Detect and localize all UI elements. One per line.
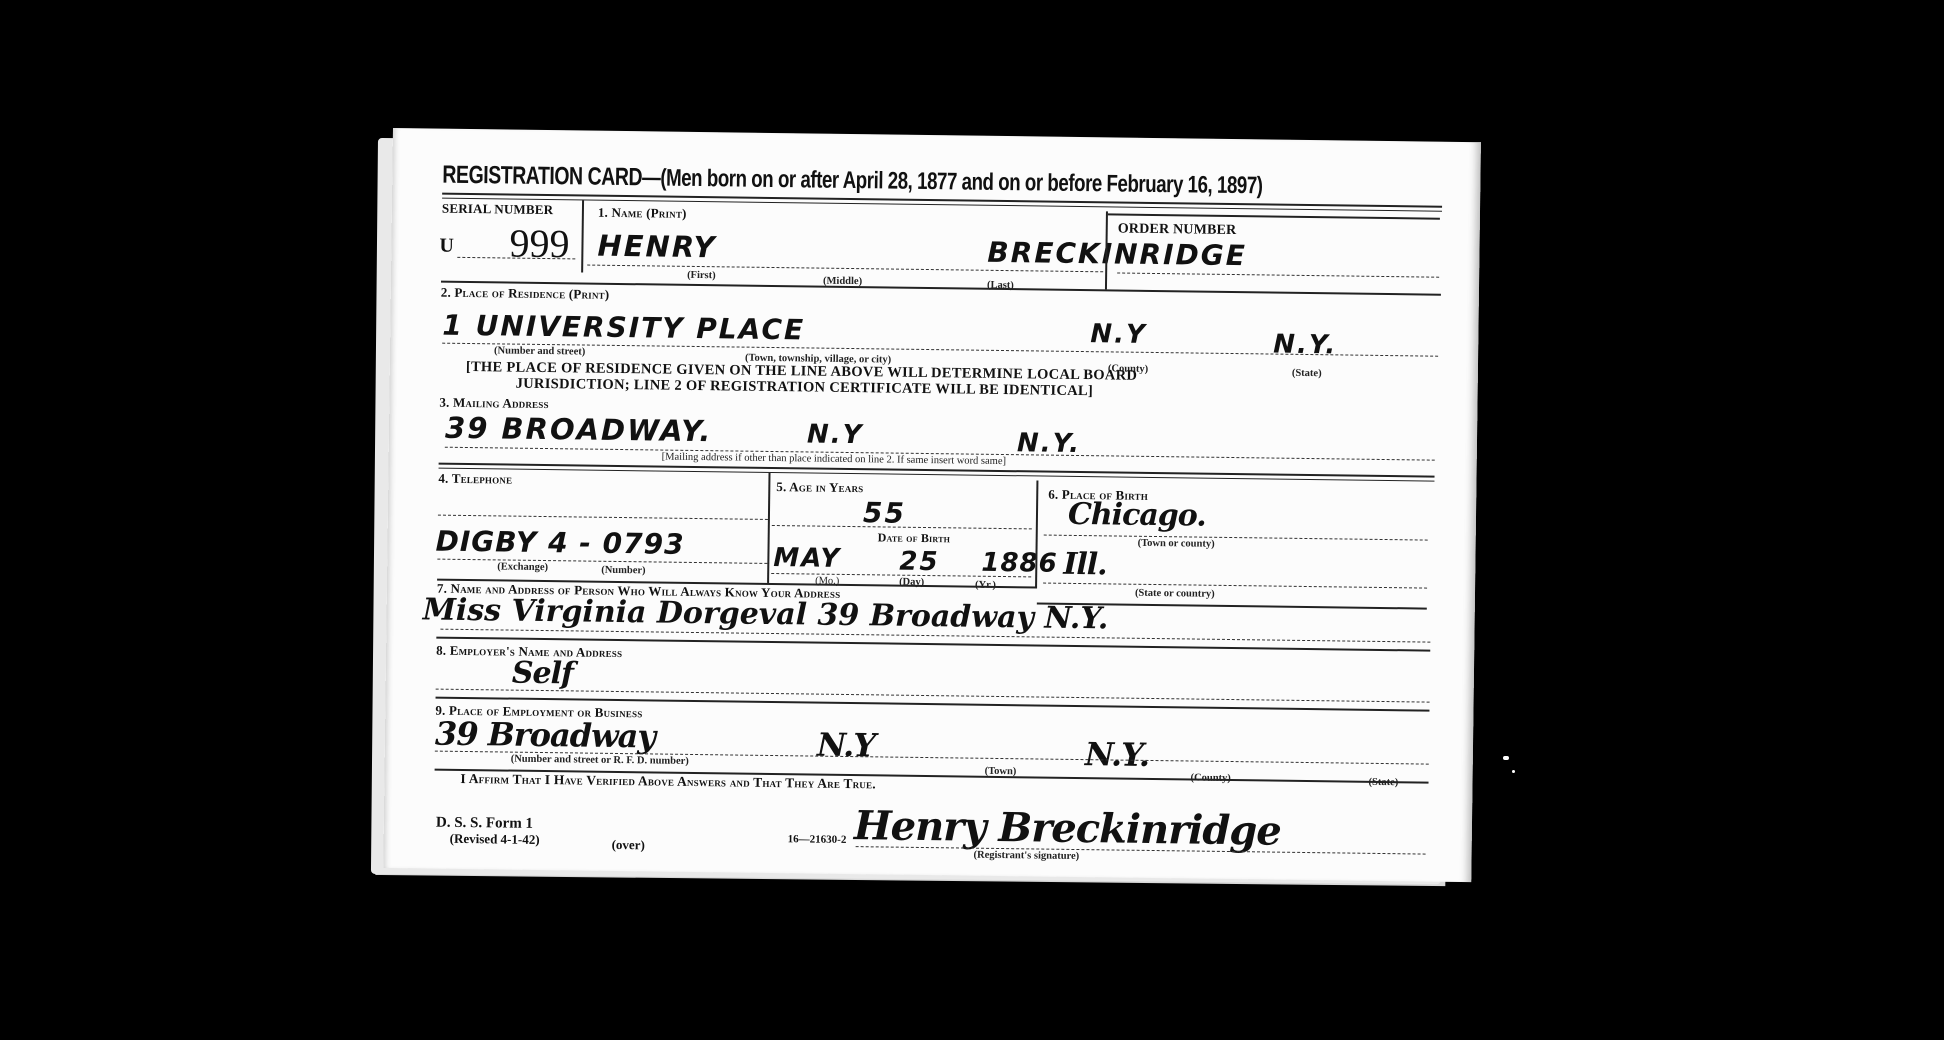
telephone-label: 4. Telephone xyxy=(438,471,512,488)
birthplace-state-value: Ill. xyxy=(1063,547,1107,583)
employment-street-value: 39 Broadway xyxy=(435,715,655,756)
telephone-number-caption: (Number) xyxy=(601,565,645,577)
telephone-value: DIGBY 4 - 0793 xyxy=(435,525,684,561)
residence-street-value: 1 UNIVERSITY PLACE xyxy=(442,309,805,347)
birthplace-state-dash xyxy=(1043,583,1427,589)
telephone-exchange-caption: (Exchange) xyxy=(497,561,548,573)
serial-prefix: U xyxy=(439,235,454,258)
employment-street-caption: (Number and street or R. F. D. number) xyxy=(511,754,689,767)
telephone-divider xyxy=(767,473,770,583)
age-value: 55 xyxy=(863,496,906,530)
serial-number-value: 999 xyxy=(509,220,570,268)
registration-card: REGISTRATION CARD—(Men born on or after … xyxy=(383,128,1481,882)
order-top-rule xyxy=(1108,213,1440,219)
residence-street-caption: (Number and street) xyxy=(494,345,585,357)
card-title-main: REGISTRATION CARD xyxy=(442,161,642,192)
mailing-city-value: N.Y xyxy=(807,419,864,450)
print-code: 16—21630-2 xyxy=(788,833,847,846)
over-note: (over) xyxy=(612,837,645,853)
name-first-caption: (First) xyxy=(687,270,716,281)
order-dash xyxy=(1117,272,1439,277)
dust-speck xyxy=(1503,756,1509,760)
telephone-top-dash xyxy=(438,515,768,520)
birthplace-town-value: Chicago. xyxy=(1068,497,1206,534)
name-last-value: BRECKINRIDGE xyxy=(987,236,1247,272)
birthplace-town-caption: (Town or county) xyxy=(1138,538,1215,550)
residence-state-caption: (State) xyxy=(1292,368,1322,379)
name-first-value: HENRY xyxy=(597,229,716,265)
birthplace-state-caption: (State or country) xyxy=(1135,588,1215,600)
dust-speck xyxy=(1512,770,1515,773)
signature-caption: (Registrant's signature) xyxy=(973,850,1079,862)
card-title-subtitle: —(Men born on or after April 28, 1877 an… xyxy=(642,164,1263,199)
residence-county-value: N.Y xyxy=(1090,319,1147,350)
employer-value: Self xyxy=(512,656,574,692)
age-label: 5. Age in Years xyxy=(776,479,863,496)
birthplace-town-dash xyxy=(1044,535,1428,541)
dob-label: Date of Birth xyxy=(878,530,951,546)
residence-state-value: N.Y. xyxy=(1273,330,1337,361)
mailing-address-value: 39 BROADWAY. xyxy=(445,411,713,448)
dob-day-value: 25 xyxy=(899,547,940,578)
employment-county-value: N.Y. xyxy=(1085,735,1150,774)
name-label: 1. Name (Print) xyxy=(598,205,687,222)
serial-divider xyxy=(581,200,584,272)
order-number-label: ORDER NUMBER xyxy=(1118,221,1237,239)
dob-month-value: MAY xyxy=(773,543,841,574)
dob-year-value: 1886 xyxy=(981,548,1058,579)
serial-number-label: SERIAL NUMBER xyxy=(442,201,554,218)
form-revised: (Revised 4-1-42) xyxy=(450,831,540,848)
mailing-label: 3. Mailing Address xyxy=(439,395,549,412)
employment-town-value: N.Y xyxy=(817,726,876,765)
residence-label: 2. Place of Residence (Print) xyxy=(441,285,610,303)
